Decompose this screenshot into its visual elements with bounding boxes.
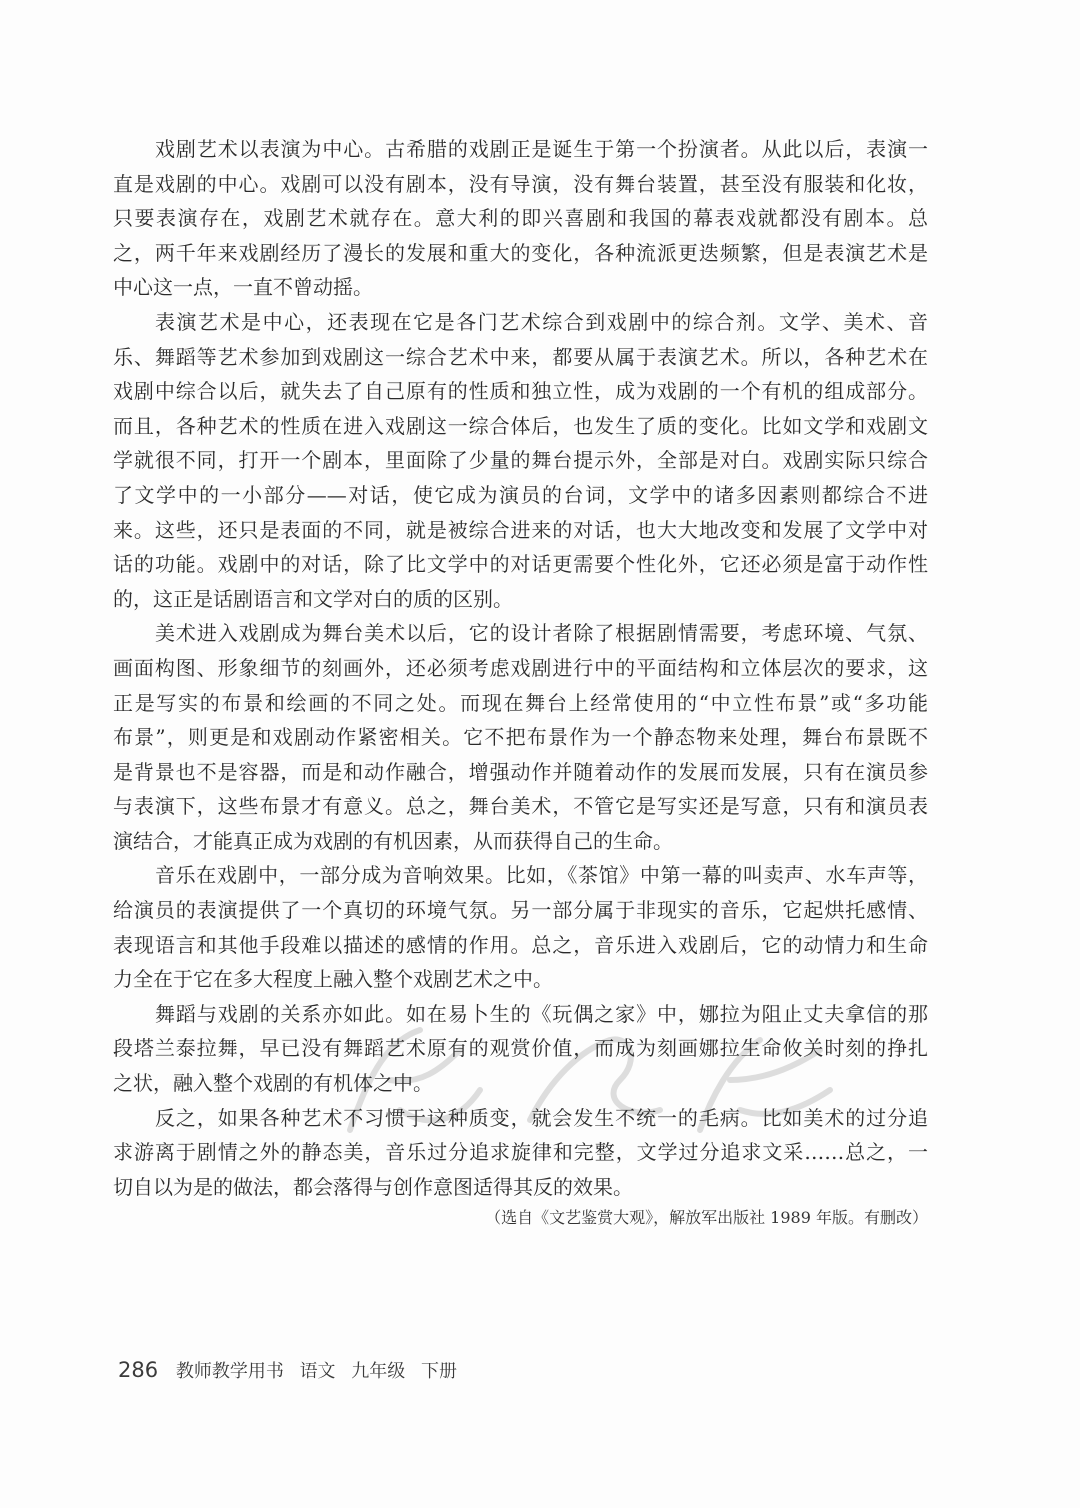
text-line: 与表演下，这些布景才有意义。总之，舞台美术，不管它是写实还是写意，只有和演员表 xyxy=(113,789,928,824)
text-line: 只要表演存在，戏剧艺术就存在。意大利的即兴喜剧和我国的幕表戏就都没有剧本。总 xyxy=(113,201,928,236)
text-line: 之，两千年来戏剧经历了漫长的发展和重大的变化，各种流派更迭频繁，但是表演艺术是 xyxy=(113,236,928,271)
text-line: 布景”，则更是和戏剧动作紧密相关。它不把布景作为一个静态物来处理，舞台布景既不 xyxy=(113,720,928,755)
text-line: 话的功能。戏剧中的对话，除了比文学中的对话更需要个性化外，它还必须是富于动作性 xyxy=(113,547,928,582)
text-line: 学就很不同，打开一个剧本，里面除了少量的舞台提示外，全部是对白。戏剧实际只综合 xyxy=(113,443,928,478)
paragraph-1: 戏剧艺术以表演为中心。古希腊的戏剧正是诞生于第一个扮演者。从此以后，表演一 直是… xyxy=(113,132,928,305)
text-line: 演结合，才能真正成为戏剧的有机因素，从而获得自己的生命。 xyxy=(113,824,928,859)
text-line: 表演艺术是中心，还表现在它是各门艺术综合到戏剧中的综合剂。文学、美术、音 xyxy=(113,305,928,340)
book-subject: 语文 xyxy=(300,1361,336,1382)
text-line: 表现语言和其他手段难以描述的感情的作用。总之，音乐进入戏剧后，它的动情力和生命 xyxy=(113,928,928,963)
document-page: 戏剧艺术以表演为中心。古希腊的戏剧正是诞生于第一个扮演者。从此以后，表演一 直是… xyxy=(0,0,1080,1508)
text-line: 戏剧中综合以后，就失去了自己原有的性质和独立性，成为戏剧的一个有机的组成部分。 xyxy=(113,374,928,409)
text-line: 力全在于它在多大程度上融入整个戏剧艺术之中。 xyxy=(113,962,928,997)
page-number: 286 xyxy=(118,1358,158,1382)
paragraph-2: 表演艺术是中心，还表现在它是各门艺术综合到戏剧中的综合剂。文学、美术、音 乐、舞… xyxy=(113,305,928,616)
text-line: 画面构图、形象细节的刻画外，还必须考虑戏剧进行中的平面结构和立体层次的要求，这 xyxy=(113,651,928,686)
book-title: 教师教学用书 xyxy=(176,1361,284,1382)
text-line: 的，这正是话剧语言和文学对白的质的区别。 xyxy=(113,582,928,617)
book-volume: 下册 xyxy=(421,1361,457,1382)
text-line: 反之，如果各种艺术不习惯于这种质变，就会发生不统一的毛病。比如美术的过分追 xyxy=(113,1101,928,1136)
book-grade: 九年级 xyxy=(351,1361,405,1382)
text-line: 切自以为是的做法，都会落得与创作意图适得其反的效果。 xyxy=(113,1170,928,1205)
text-line: 求游离于剧情之外的静态美，音乐过分追求旋律和完整，文学过分追求文采……总之，一 xyxy=(113,1135,928,1170)
text-line: 音乐在戏剧中，一部分成为音响效果。比如，《茶馆》中第一幕的叫卖声、水车声等， xyxy=(113,858,928,893)
text-line: 了文学中的一小部分——对话，使它成为演员的台词，文学中的诸多因素则都综合不进 xyxy=(113,478,928,513)
text-line: 舞蹈与戏剧的关系亦如此。如在易卜生的《玩偶之家》中，娜拉为阻止丈夫拿信的那 xyxy=(113,997,928,1032)
paragraph-4: 音乐在戏剧中，一部分成为音响效果。比如，《茶馆》中第一幕的叫卖声、水车声等， 给… xyxy=(113,858,928,996)
text-line: 直是戏剧的中心。戏剧可以没有剧本，没有导演，没有舞台装置，甚至没有服装和化妆， xyxy=(113,167,928,202)
text-line: 正是写实的布景和绘画的不同之处。而现在舞台上经常使用的“中立性布景”或“多功能 xyxy=(113,686,928,721)
text-line: 段塔兰泰拉舞，早已没有舞蹈艺术原有的观赏价值，而成为刻画娜拉生命攸关时刻的挣扎 xyxy=(113,1031,928,1066)
text-line: 来。这些，还只是表面的不同，就是被综合进来的对话，也大大地改变和发展了文学中对 xyxy=(113,513,928,548)
page-footer: 286 教师教学用书 语文 九年级 下册 xyxy=(118,1356,467,1386)
source-citation: （选自《文艺鉴赏大观》，解放军出版社 1989 年版。有删改） xyxy=(485,1204,928,1232)
text-line: 而且，各种艺术的性质在进入戏剧这一综合体后，也发生了质的变化。比如文学和戏剧文 xyxy=(113,409,928,444)
text-line: 乐、舞蹈等艺术参加到戏剧这一综合艺术中来，都要从属于表演艺术。所以，各种艺术在 xyxy=(113,340,928,375)
text-line: 美术进入戏剧成为舞台美术以后，它的设计者除了根据剧情需要，考虑环境、气氛、 xyxy=(113,616,928,651)
article-body: 戏剧艺术以表演为中心。古希腊的戏剧正是诞生于第一个扮演者。从此以后，表演一 直是… xyxy=(113,132,928,1204)
text-line: 之状，融入整个戏剧的有机体之中。 xyxy=(113,1066,928,1101)
text-line: 给演员的表演提供了一个真切的环境气氛。另一部分属于非现实的音乐，它起烘托感情、 xyxy=(113,893,928,928)
text-line: 戏剧艺术以表演为中心。古希腊的戏剧正是诞生于第一个扮演者。从此以后，表演一 xyxy=(113,132,928,167)
paragraph-6: 反之，如果各种艺术不习惯于这种质变，就会发生不统一的毛病。比如美术的过分追 求游… xyxy=(113,1101,928,1205)
paragraph-5: 舞蹈与戏剧的关系亦如此。如在易卜生的《玩偶之家》中，娜拉为阻止丈夫拿信的那 段塔… xyxy=(113,997,928,1101)
text-line: 是背景也不是容器，而是和动作融合，增强动作并随着动作的发展而发展，只有在演员参 xyxy=(113,755,928,790)
text-line: 中心这一点，一直不曾动摇。 xyxy=(113,270,928,305)
paragraph-3: 美术进入戏剧成为舞台美术以后，它的设计者除了根据剧情需要，考虑环境、气氛、 画面… xyxy=(113,616,928,858)
